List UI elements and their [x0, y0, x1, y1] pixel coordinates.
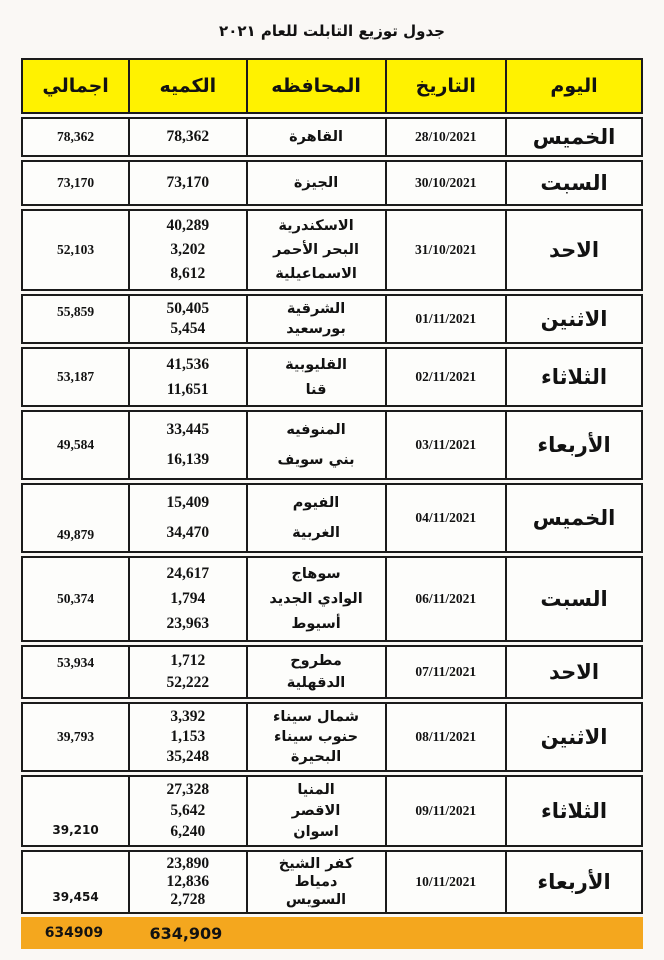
table-row: الثلاثاء 02/11/2021 القليوبية قنا 41,536…	[21, 347, 643, 407]
quantity-line: 52,222	[166, 674, 209, 692]
total-label: 53,187	[57, 369, 94, 385]
governorate-line: المنوفيه	[286, 422, 345, 438]
quantity-cell: 73,170	[128, 162, 245, 204]
date-label: 07/11/2021	[415, 664, 476, 680]
quantity-cell: 23,890 12,836 2,728	[128, 852, 245, 912]
day-cell: الخميس	[505, 119, 641, 155]
governorate-cell: مطروح الدقهلية	[246, 647, 385, 697]
day-cell: الاحد	[505, 647, 641, 697]
governorate-line: كفر الشيخ	[279, 856, 353, 872]
quantity-cell: 1,712 52,222	[128, 647, 245, 697]
day-label: الأربعاء	[537, 870, 610, 894]
governorate-line: البحر الأحمر	[273, 242, 359, 258]
day-cell: الثلاثاء	[505, 777, 641, 845]
quantity-line: 1,794	[170, 590, 205, 608]
governorate-line: الدقهلية	[287, 675, 346, 691]
total-cell: 49,584	[23, 412, 128, 478]
day-label: السبت	[540, 171, 607, 195]
governorate-line: الاسماعيلية	[275, 266, 357, 282]
quantity-line: 16,139	[166, 451, 209, 469]
grand-total: 634909	[45, 925, 103, 941]
governorate-line: قنا	[306, 382, 327, 398]
table-row: الاحد 07/11/2021 مطروح الدقهلية 1,712 52…	[21, 645, 643, 699]
total-cell: 52,103	[23, 211, 128, 289]
date-cell: 06/11/2021	[385, 558, 506, 640]
total-label: 73,170	[57, 175, 94, 191]
day-cell: الاحد	[505, 211, 641, 289]
day-cell: السبت	[505, 558, 641, 640]
day-label: الأربعاء	[537, 433, 610, 457]
date-cell: 01/11/2021	[385, 296, 506, 342]
day-cell: الثلاثاء	[505, 349, 641, 405]
date-label: 31/10/2021	[415, 242, 477, 258]
table-row: الاثنين 01/11/2021 الشرقية بورسعيد 50,40…	[21, 294, 643, 344]
quantity-line: 35,248	[166, 748, 209, 766]
day-label: الثلاثاء	[541, 365, 607, 389]
day-label: الاحد	[549, 660, 599, 684]
day-cell: السبت	[505, 162, 641, 204]
governorate-cell: القليوبية قنا	[246, 349, 385, 405]
quantity-cell: 33,445 16,139	[128, 412, 245, 478]
day-label: الثلاثاء	[541, 799, 607, 823]
document-sheet: جدول توزيع التابلت للعام ٢٠٢١ اليوم التا…	[0, 0, 664, 949]
governorate-line: السويس	[286, 892, 346, 908]
governorate-line: الجيزة	[294, 175, 338, 191]
quantity-line: 2,728	[170, 891, 205, 909]
date-cell: 02/11/2021	[385, 349, 506, 405]
day-label: الاثنين	[541, 725, 608, 749]
date-cell: 10/11/2021	[385, 852, 506, 912]
quantity-line: 6,240	[170, 823, 205, 841]
quantity-cell: 27,328 5,642 6,240	[128, 777, 245, 845]
header-governorate: المحافظه	[246, 60, 385, 112]
date-label: 28/10/2021	[415, 129, 477, 145]
quantity-cell: 24,617 1,794 23,963	[128, 558, 245, 640]
day-cell: الأربعاء	[505, 852, 641, 912]
footer-grand-total: 634909	[21, 917, 127, 949]
table-header-row: اليوم التاريخ المحافظه الكميه اجمالي	[21, 58, 643, 114]
date-cell: 04/11/2021	[385, 485, 506, 551]
table-row: الثلاثاء 09/11/2021 المنيا الاقصر اسوان …	[21, 775, 643, 847]
quantity-line: 34,470	[166, 524, 209, 542]
table-row: السبت 30/10/2021 الجيزة 73,170 73,170	[21, 160, 643, 206]
governorate-line: الوادي الجديد	[269, 591, 362, 607]
governorate-cell: كفر الشيخ دمياط السويس	[246, 852, 385, 912]
governorate-line: سوهاج	[291, 566, 340, 582]
date-label: 30/10/2021	[415, 175, 477, 191]
governorate-cell: الجيزة	[246, 162, 385, 204]
governorate-line: البحيرة	[291, 749, 341, 765]
date-cell: 30/10/2021	[385, 162, 506, 204]
governorate-cell: سوهاج الوادي الجديد أسيوط	[246, 558, 385, 640]
total-label: 52,103	[57, 242, 94, 258]
total-cell: 39,454	[23, 852, 128, 912]
quantity-line: 3,202	[170, 241, 205, 259]
governorate-cell: المنيا الاقصر اسوان	[246, 777, 385, 845]
quantity-cell: 41,536 11,651	[128, 349, 245, 405]
governorate-cell: الاسكندرية البحر الأحمر الاسماعيلية	[246, 211, 385, 289]
footer-total-row: 634,909 634909	[21, 917, 643, 949]
footer-day-spacer	[506, 917, 643, 949]
governorate-line: مطروح	[290, 653, 342, 669]
day-label: الاحد	[549, 238, 599, 262]
footer-quantity-total: 634,909	[127, 917, 245, 949]
governorate-line: دمياط	[295, 874, 338, 890]
total-label: 39,793	[57, 729, 94, 745]
date-cell: 09/11/2021	[385, 777, 506, 845]
header-date: التاريخ	[385, 60, 506, 112]
governorate-line: أسيوط	[291, 616, 340, 632]
quantity-line: 5,454	[170, 320, 205, 338]
date-label: 03/11/2021	[415, 437, 476, 453]
governorate-line: بورسعيد	[286, 321, 346, 337]
quantity-line: 27,328	[166, 781, 209, 799]
governorate-line: الغربية	[292, 525, 340, 541]
total-label: 53,934	[57, 655, 94, 671]
quantity-line: 8,612	[170, 265, 205, 283]
quantity-line: 5,642	[170, 802, 205, 820]
quantity-line: 73,170	[166, 174, 209, 192]
governorate-cell: الفيوم الغربية	[246, 485, 385, 551]
quantity-line: 12,836	[166, 873, 209, 891]
distribution-table: اليوم التاريخ المحافظه الكميه اجمالي الخ…	[21, 58, 643, 949]
footer-governorate-spacer	[245, 917, 385, 949]
table-row: الخميس 28/10/2021 القاهرة 78,362 78,362	[21, 117, 643, 157]
governorate-line: المنيا	[297, 782, 334, 798]
quantity-line: 33,445	[166, 421, 209, 439]
total-cell: 78,362	[23, 119, 128, 155]
governorate-line: بني سويف	[277, 452, 354, 468]
governorate-cell: القاهرة	[246, 119, 385, 155]
total-cell: 49,879	[23, 485, 128, 551]
header-day: اليوم	[505, 60, 641, 112]
day-cell: الخميس	[505, 485, 641, 551]
quantity-line: 50,405	[166, 300, 209, 318]
table-row: الاثنين 08/11/2021 شمال سيناء حنوب سيناء…	[21, 702, 643, 772]
date-cell: 08/11/2021	[385, 704, 506, 770]
day-label: السبت	[540, 587, 607, 611]
quantity-line: 1,712	[170, 652, 205, 670]
date-label: 08/11/2021	[415, 729, 476, 745]
quantity-line: 23,890	[166, 855, 209, 873]
quantity-grand-total: 634,909	[149, 924, 222, 943]
day-label: الخميس	[533, 506, 616, 530]
date-cell: 03/11/2021	[385, 412, 506, 478]
total-label: 78,362	[57, 129, 94, 145]
governorate-cell: الشرقية بورسعيد	[246, 296, 385, 342]
total-label: 49,584	[57, 437, 94, 453]
total-cell: 39,210	[23, 777, 128, 845]
total-cell: 55,859	[23, 296, 128, 342]
governorate-line: القاهرة	[289, 129, 343, 145]
total-cell: 39,793	[23, 704, 128, 770]
day-cell: الاثنين	[505, 296, 641, 342]
header-quantity: الكميه	[128, 60, 245, 112]
footer-date-spacer	[385, 917, 506, 949]
total-label: 55,859	[57, 304, 94, 320]
date-label: 06/11/2021	[415, 591, 476, 607]
quantity-cell: 15,409 34,470	[128, 485, 245, 551]
page-title: جدول توزيع التابلت للعام ٢٠٢١	[0, 22, 664, 40]
total-label: 39,454	[52, 890, 98, 904]
quantity-cell: 3,392 1,153 35,248	[128, 704, 245, 770]
governorate-line: الشرقية	[287, 301, 345, 317]
header-total: اجمالي	[23, 60, 128, 112]
governorate-line: الاقصر	[292, 803, 341, 819]
total-cell: 53,187	[23, 349, 128, 405]
governorate-line: حنوب سيناء	[274, 729, 358, 745]
date-label: 04/11/2021	[415, 510, 476, 526]
date-cell: 07/11/2021	[385, 647, 506, 697]
governorate-line: اسوان	[293, 824, 339, 840]
table-row: الأربعاء 10/11/2021 كفر الشيخ دمياط السو…	[21, 850, 643, 914]
total-label: 50,374	[57, 591, 94, 607]
total-label: 39,210	[52, 823, 98, 837]
day-label: الاثنين	[541, 307, 608, 331]
quantity-line: 24,617	[166, 565, 209, 583]
date-cell: 31/10/2021	[385, 211, 506, 289]
date-label: 02/11/2021	[415, 369, 476, 385]
day-cell: الاثنين	[505, 704, 641, 770]
quantity-line: 40,289	[166, 217, 209, 235]
quantity-line: 23,963	[166, 615, 209, 633]
date-cell: 28/10/2021	[385, 119, 506, 155]
quantity-cell: 50,405 5,454	[128, 296, 245, 342]
quantity-line: 11,651	[167, 381, 209, 399]
table-row: الخميس 04/11/2021 الفيوم الغربية 15,409 …	[21, 483, 643, 553]
total-label: 49,879	[57, 527, 94, 543]
total-cell: 53,934	[23, 647, 128, 697]
day-cell: الأربعاء	[505, 412, 641, 478]
quantity-line: 15,409	[166, 494, 209, 512]
total-cell: 73,170	[23, 162, 128, 204]
quantity-cell: 40,289 3,202 8,612	[128, 211, 245, 289]
quantity-line: 78,362	[166, 128, 209, 146]
governorate-line: الاسكندرية	[278, 218, 353, 234]
governorate-cell: المنوفيه بني سويف	[246, 412, 385, 478]
date-label: 09/11/2021	[415, 803, 476, 819]
governorate-line: الفيوم	[293, 495, 340, 511]
quantity-line: 3,392	[170, 708, 205, 726]
governorate-line: شمال سيناء	[273, 709, 359, 725]
day-label: الخميس	[533, 125, 616, 149]
table-row: الأربعاء 03/11/2021 المنوفيه بني سويف 33…	[21, 410, 643, 480]
date-label: 10/11/2021	[415, 874, 476, 890]
quantity-line: 41,536	[166, 356, 209, 374]
date-label: 01/11/2021	[415, 311, 476, 327]
quantity-cell: 78,362	[128, 119, 245, 155]
governorate-line: القليوبية	[285, 357, 347, 373]
governorate-cell: شمال سيناء حنوب سيناء البحيرة	[246, 704, 385, 770]
total-cell: 50,374	[23, 558, 128, 640]
table-row: الاحد 31/10/2021 الاسكندرية البحر الأحمر…	[21, 209, 643, 291]
quantity-line: 1,153	[170, 728, 205, 746]
table-row: السبت 06/11/2021 سوهاج الوادي الجديد أسي…	[21, 556, 643, 642]
